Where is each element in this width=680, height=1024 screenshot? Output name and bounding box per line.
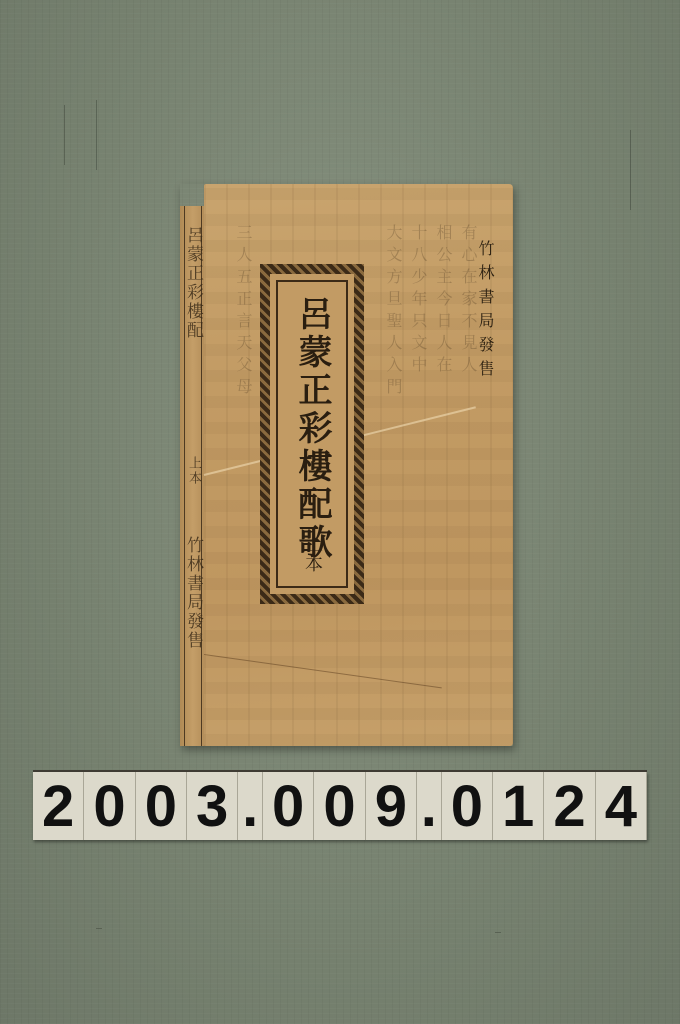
booklet-volume: 上本 xyxy=(299,534,325,574)
label-character: 9 xyxy=(366,772,417,840)
label-character: 3 xyxy=(187,772,238,840)
label-character: 0 xyxy=(263,772,314,840)
booklet: 呂蒙正彩樓配 上本 竹林書局發售 三人五正言天父母 大文方旦聖人入門 十八少年只… xyxy=(180,184,513,746)
spine-title: 呂蒙正彩樓配 xyxy=(183,226,203,340)
accession-number-label: 2003.009.0124 xyxy=(33,772,647,840)
label-character: 0 xyxy=(314,772,365,840)
background-mark xyxy=(64,105,65,165)
label-character: 4 xyxy=(596,772,647,840)
paper-crease xyxy=(204,654,442,688)
label-character: . xyxy=(238,772,263,840)
bleed-through-text: 三人五正言天父母 xyxy=(234,224,252,400)
label-character: . xyxy=(417,772,442,840)
background-mark xyxy=(630,130,631,210)
label-character: 0 xyxy=(84,772,135,840)
label-character: 0 xyxy=(136,772,187,840)
bleed-through-text: 大文方旦聖人入門 xyxy=(384,224,402,400)
background-mark xyxy=(495,932,501,933)
booklet-cover: 三人五正言天父母 大文方旦聖人入門 十八少年只文中 相公主今日人在 有心在家不見… xyxy=(204,184,513,746)
label-character: 2 xyxy=(544,772,595,840)
label-character: 1 xyxy=(493,772,544,840)
spine-publisher: 竹林書局發售 xyxy=(183,536,203,650)
bleed-through-text: 相公主今日人在 xyxy=(434,224,452,378)
background-mark xyxy=(96,100,97,170)
label-character: 0 xyxy=(442,772,493,840)
publisher-imprint: 竹林書局發售 xyxy=(474,240,497,384)
booklet-title: 呂蒙正彩樓配歌 xyxy=(294,296,330,562)
bleed-through-text: 十八少年只文中 xyxy=(409,224,427,378)
booklet-spine: 呂蒙正彩樓配 上本 竹林書局發售 xyxy=(180,206,207,746)
title-cartouche: 呂蒙正彩樓配歌 上本 xyxy=(260,264,364,604)
background-mark xyxy=(96,928,102,929)
cartouche-frame: 呂蒙正彩樓配歌 上本 xyxy=(276,280,348,588)
spine-volume: 上本 xyxy=(183,456,203,486)
label-character: 2 xyxy=(33,772,84,840)
